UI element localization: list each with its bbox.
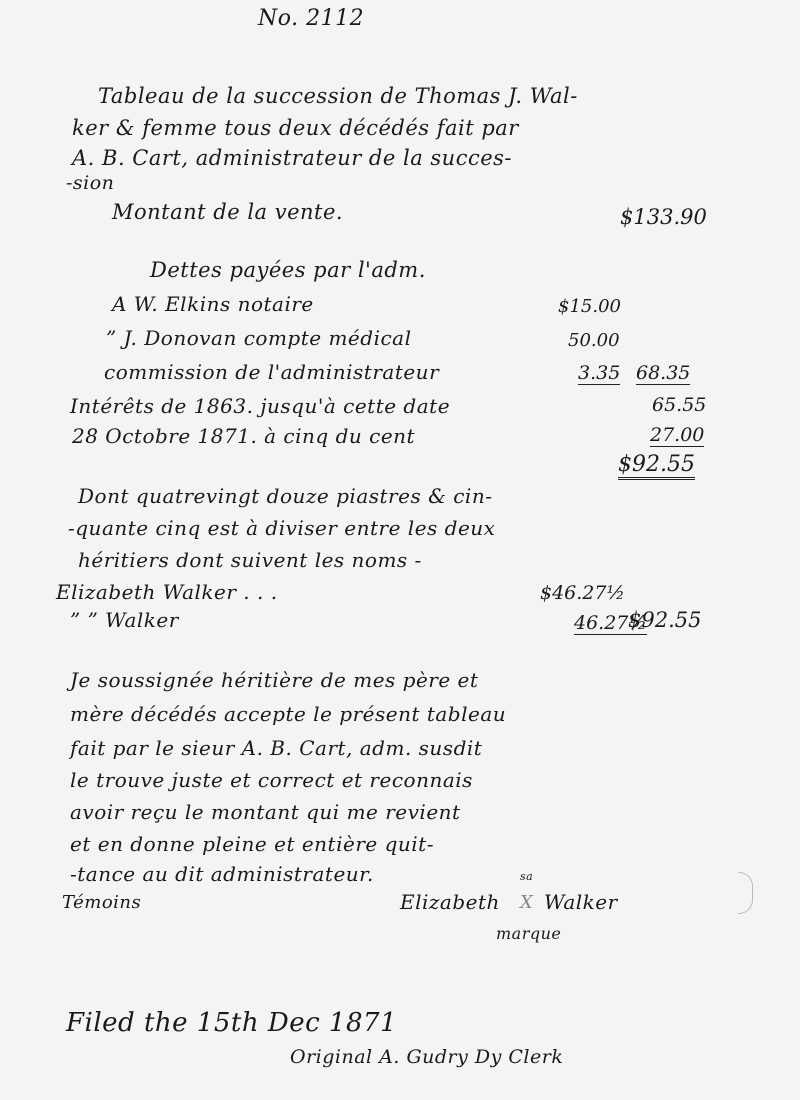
acknowledgement-line-2: mère décédés accepte le présent tableau [70,702,506,726]
clerk-signature: Original A. Gudry Dy Clerk [290,1046,563,1068]
debt-item-3-label: commission de l'administrateur [104,360,439,384]
margin-punch-mark [738,872,753,914]
debt-item-3-amount: 3.35 [578,362,620,385]
debts-total: $92.55 [618,452,695,480]
distribution-line-3: héritiers dont suivent les noms - [78,548,422,572]
acknowledgement-line-1: Je soussignée héritière de mes père et [70,668,478,692]
debt-item-2-amount: 50.00 [568,330,620,351]
debts-subtotal: 68.35 [636,362,690,385]
signature-first-name: Elizabeth [400,890,500,914]
interest-line-1: Intérêts de 1863. jusqu'à cette date [70,394,450,418]
debt-item-1-amount: $15.00 [558,296,621,317]
heirs-total: $92.55 [628,608,701,632]
document-number: No. 2112 [258,6,364,31]
signature-mark: X [520,892,533,913]
title-line-2: ker & femme tous deux décédés fait par [72,116,519,140]
signature-mark-label: marque [496,924,561,943]
distribution-line-2: -quante cinq est à diviser entre les deu… [68,516,495,540]
signature-last-name: Walker [544,890,618,914]
heir-2-name: ” ” Walker [70,608,179,632]
signature-his-her: sa [520,870,533,883]
interest-line-2: 28 Octobre 1871. à cinq du cent [72,424,415,448]
interest-amount-2: 27.00 [650,424,704,447]
heir-1-name: Elizabeth Walker . . . [56,580,278,604]
filed-note: Filed the 15th Dec 1871 [66,1008,397,1038]
sale-label: Montant de la vente. [112,200,343,224]
title-line-1: Tableau de la succession de Thomas J. Wa… [98,84,578,108]
acknowledgement-line-3: fait par le sieur A. B. Cart, adm. susdi… [70,736,482,760]
sale-amount: $133.90 [620,205,707,229]
title-line-4: -sion [66,172,114,194]
distribution-line-1: Dont quatrevingt douze piastres & cin- [78,484,492,508]
witnesses-label: Témoins [62,892,141,913]
debt-item-1-label: A W. Elkins notaire [112,292,314,316]
acknowledgement-line-5: avoir reçu le montant qui me revient [70,800,461,824]
acknowledgement-line-7: -tance au dit administrateur. [70,862,374,886]
acknowledgement-line-4: le trouve juste et correct et reconnais [70,768,473,792]
interest-amount-1: 65.55 [652,394,706,416]
acknowledgement-line-6: et en donne pleine et entière quit- [70,832,434,856]
debt-item-2-label: ” J. Donovan compte médical [106,326,411,350]
debts-heading: Dettes payées par l'adm. [150,258,426,282]
heir-1-amount: $46.27½ [540,582,625,604]
title-line-3: A. B. Cart, administrateur de la succes- [72,146,512,170]
